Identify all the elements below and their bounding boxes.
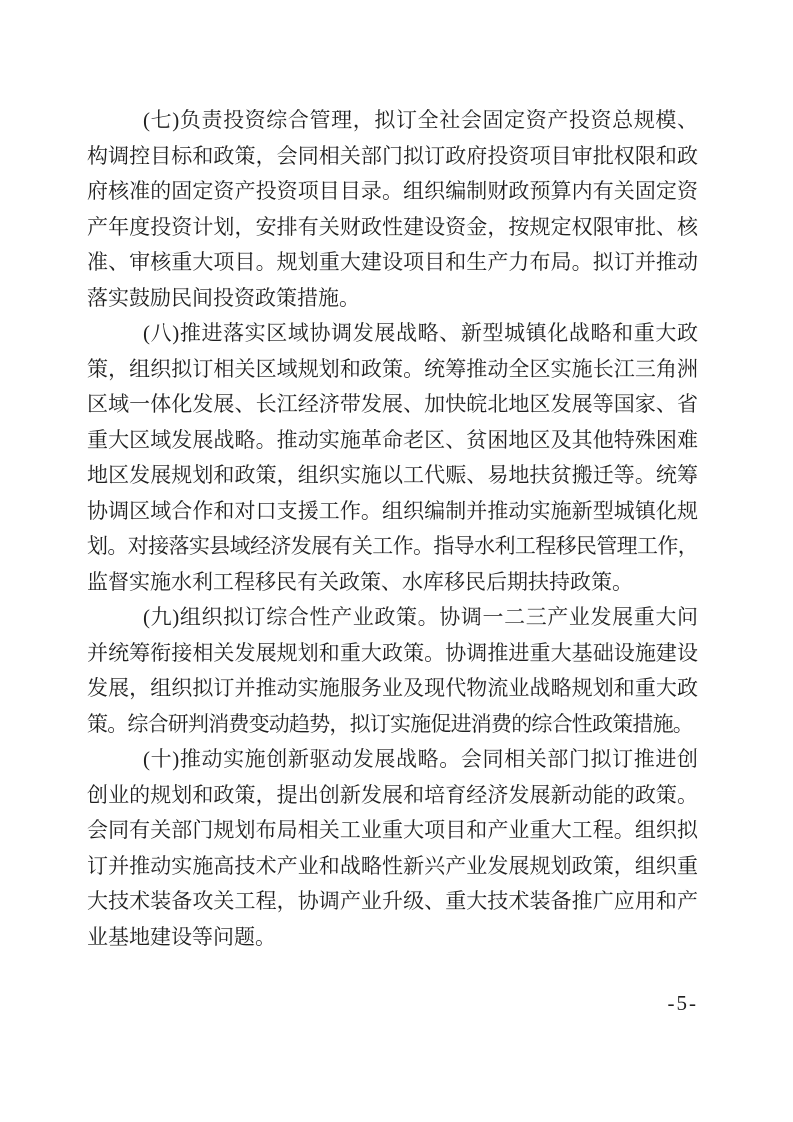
document-page: (七)负责投资综合管理，拟订全社会固定资产投资总规模、结 构调控目标和政策，会同… bbox=[0, 0, 793, 1122]
text-line: 发展，组织拟订并推动实施服务业及现代物流业战略规划和重大政 bbox=[87, 671, 698, 707]
text-line: 府核准的固定资产投资项目目录。组织编制财政预算内有关固定资 bbox=[87, 174, 698, 210]
paragraph-item-10: (十)推动实施创新驱动发展战略。会同相关部门拟订推进创新 创业的规划和政策，提出… bbox=[87, 742, 698, 955]
paragraph-item-9: (九)组织拟订综合性产业政策。协调一二三产业发展重大问题 并统筹衔接相关发展规划… bbox=[87, 600, 698, 742]
text-line: 业基地建设等问题。 bbox=[87, 920, 698, 956]
text-line: 策，组织拟订相关区域规划和政策。统筹推动全区实施长江三角洲 bbox=[87, 352, 698, 388]
text-line: 监督实施水利工程移民有关政策、水库移民后期扶持政策。 bbox=[87, 565, 698, 601]
document-body: (七)负责投资综合管理，拟订全社会固定资产投资总规模、结 构调控目标和政策，会同… bbox=[87, 103, 698, 955]
text-line: 重大区域发展战略。推动实施革命老区、贫困地区及其他特殊困难 bbox=[87, 423, 698, 459]
text-line: (十)推动实施创新驱动发展战略。会同相关部门拟订推进创新 bbox=[87, 742, 698, 778]
text-line: 产年度投资计划，安排有关财政性建设资金，按规定权限审批、核 bbox=[87, 210, 698, 246]
text-line: 策。综合研判消费变动趋势，拟订实施促进消费的综合性政策措施。 bbox=[87, 707, 698, 743]
text-line: (八)推进落实区域协调发展战略、新型城镇化战略和重大政 bbox=[87, 316, 698, 352]
text-line: 订并推动实施高技术产业和战略性新兴产业发展规划政策，组织重 bbox=[87, 849, 698, 885]
paragraph-item-7: (七)负责投资综合管理，拟订全社会固定资产投资总规模、结 构调控目标和政策，会同… bbox=[87, 103, 698, 316]
text-line: 准、审核重大项目。规划重大建设项目和生产力布局。拟订并推动 bbox=[87, 245, 698, 281]
text-line: 会同有关部门规划布局相关工业重大项目和产业重大工程。组织拟 bbox=[87, 813, 698, 849]
paragraph-item-8: (八)推进落实区域协调发展战略、新型城镇化战略和重大政 策，组织拟订相关区域规划… bbox=[87, 316, 698, 600]
text-line: 区域一体化发展、长江经济带发展、加快皖北地区发展等国家、省 bbox=[87, 387, 698, 423]
text-line: 划。对接落实县域经济发展有关工作。指导水利工程移民管理工作， bbox=[87, 529, 698, 565]
text-line: 地区发展规划和政策，组织实施以工代赈、易地扶贫搬迁等。统筹 bbox=[87, 458, 698, 494]
text-line: 并统筹衔接相关发展规划和重大政策。协调推进重大基础设施建设 bbox=[87, 636, 698, 672]
text-line: (七)负责投资综合管理，拟订全社会固定资产投资总规模、结 bbox=[87, 103, 698, 139]
text-line: 落实鼓励民间投资政策措施。 bbox=[87, 281, 698, 317]
text-line: 构调控目标和政策，会同相关部门拟订政府投资项目审批权限和政 bbox=[87, 139, 698, 175]
text-line: 大技术装备攻关工程，协调产业升级、重大技术装备推广应用和产 bbox=[87, 884, 698, 920]
page-number: -5- bbox=[87, 990, 698, 1016]
text-line: 创业的规划和政策，提出创新发展和培育经济发展新动能的政策。 bbox=[87, 778, 698, 814]
text-line: 协调区域合作和对口支援工作。组织编制并推动实施新型城镇化规 bbox=[87, 494, 698, 530]
text-line: (九)组织拟订综合性产业政策。协调一二三产业发展重大问题 bbox=[87, 600, 698, 636]
